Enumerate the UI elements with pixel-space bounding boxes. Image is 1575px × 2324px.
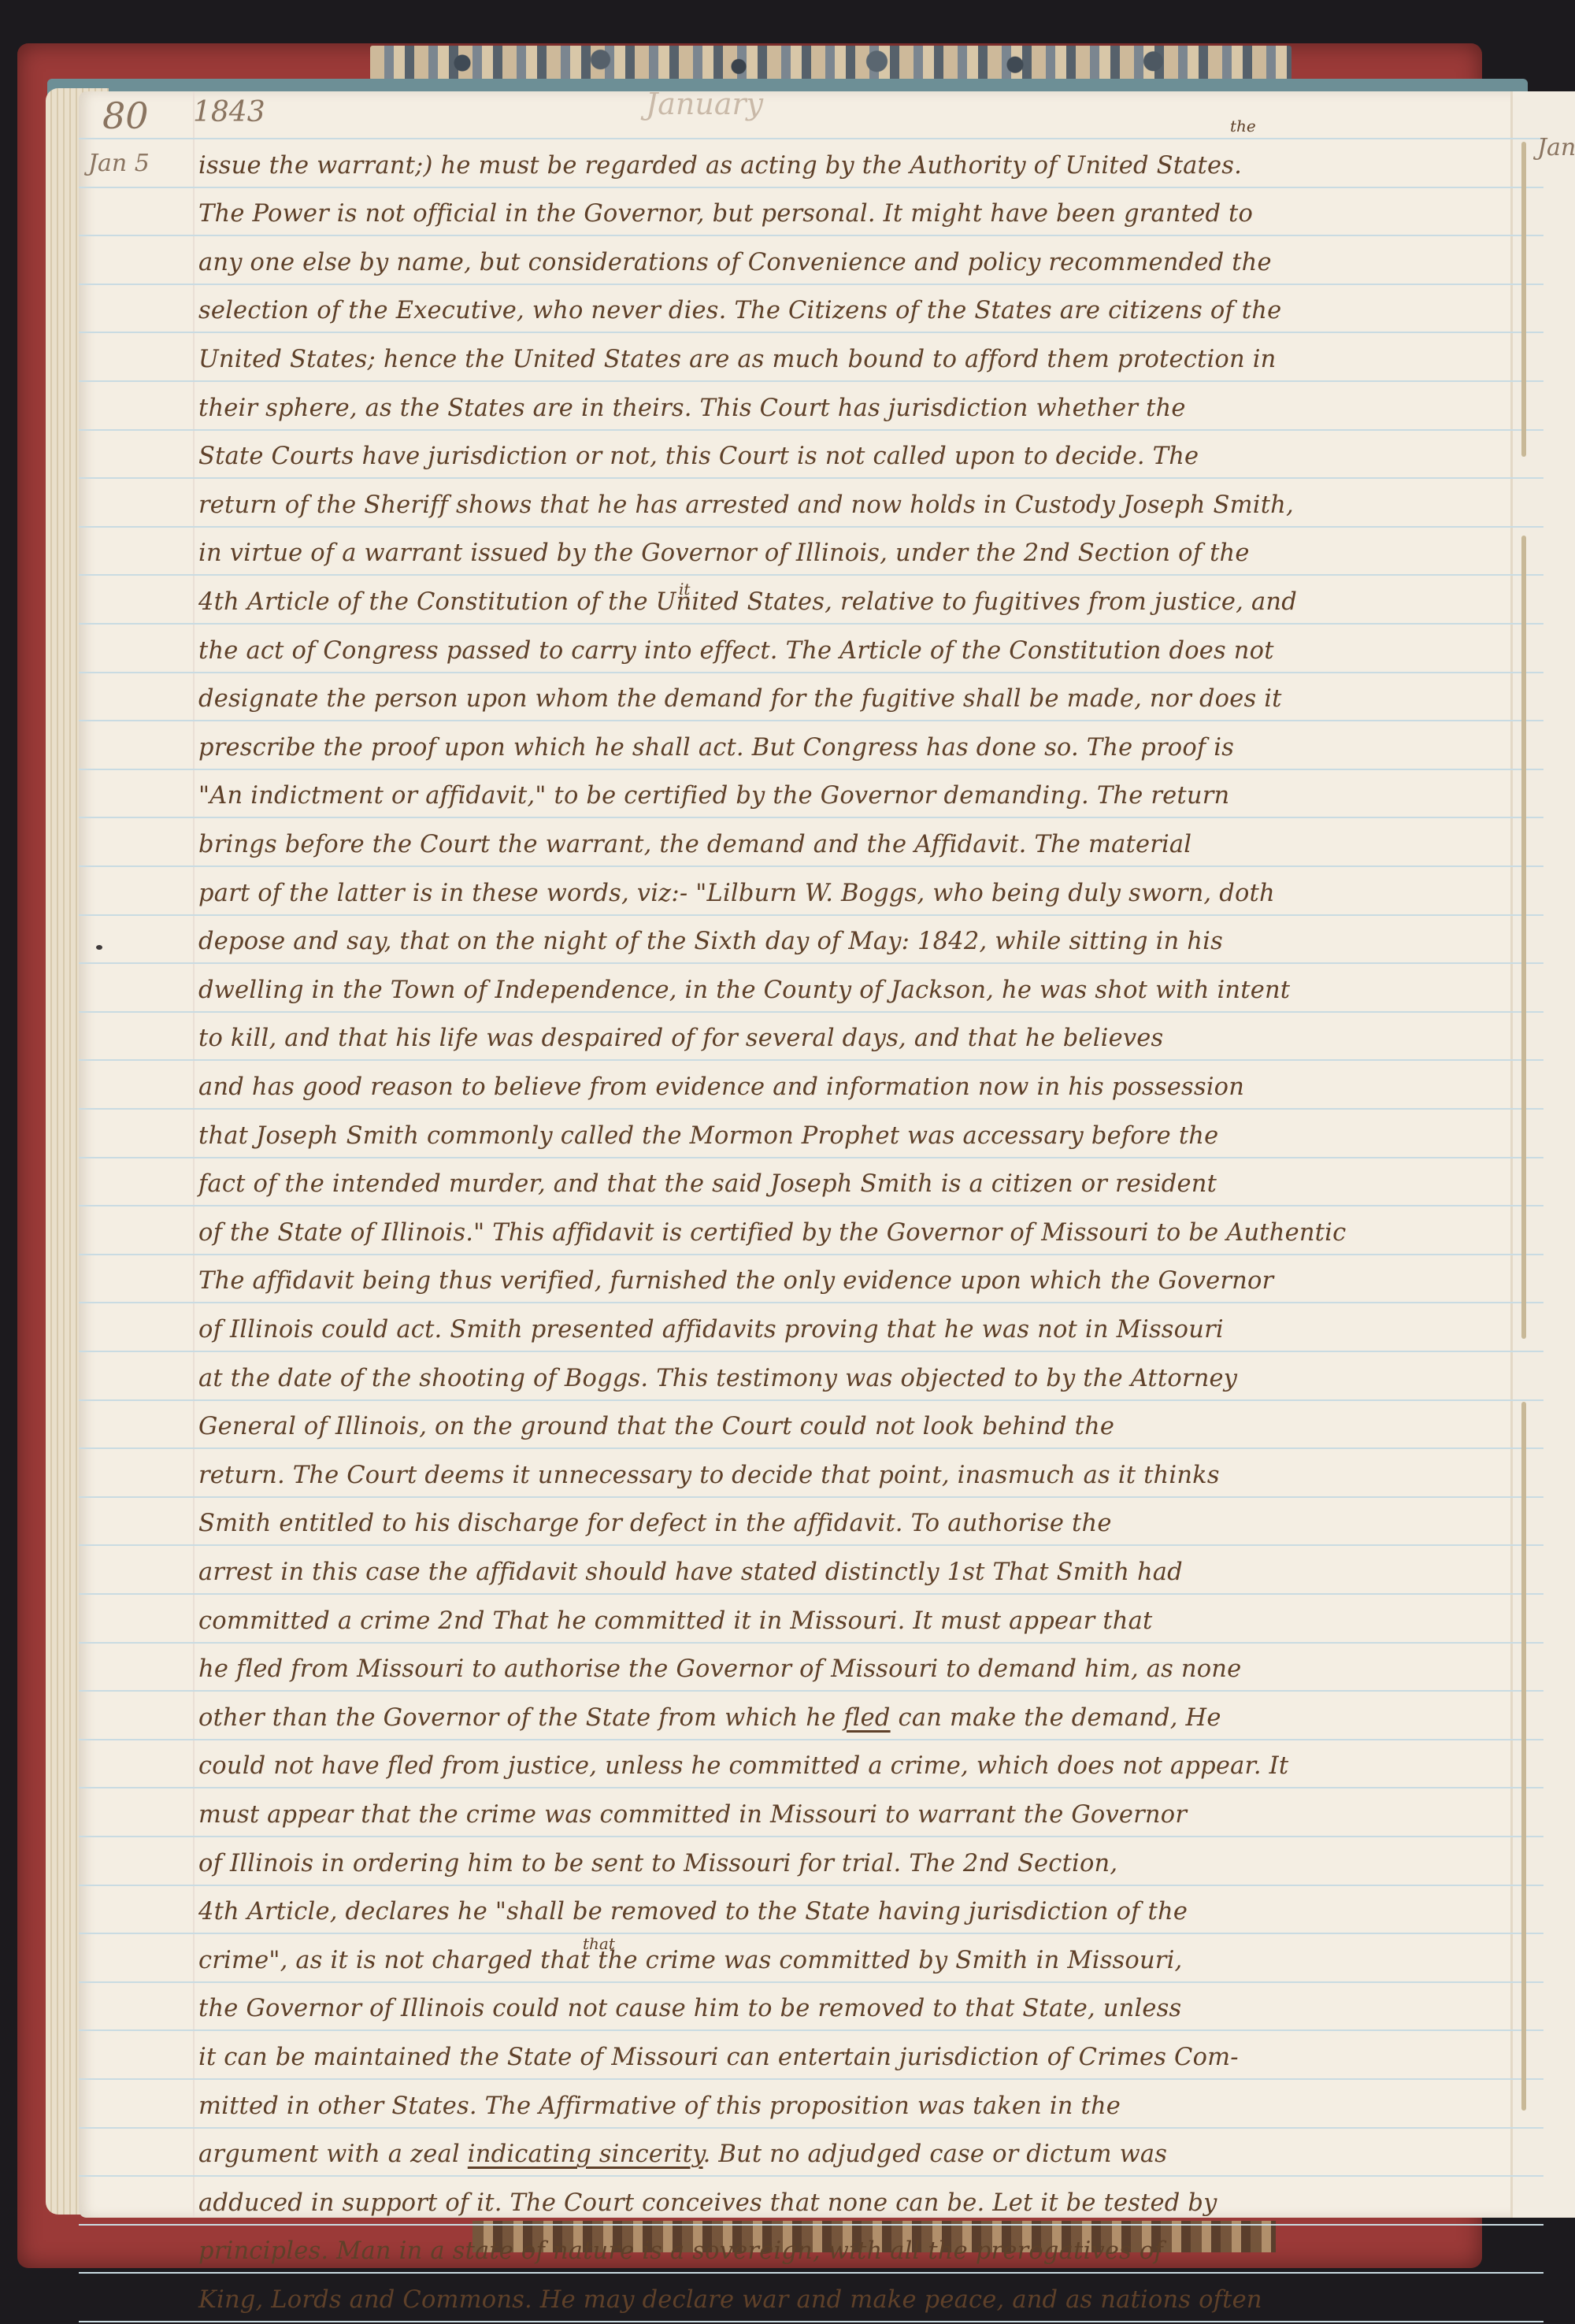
year: 1843 — [193, 96, 265, 128]
rule-line — [79, 380, 1543, 382]
manuscript-line: return of the Sheriff shows that he has … — [198, 491, 1294, 519]
manuscript-line: 4th Article of the Constitution of the U… — [198, 588, 1297, 616]
rule-line — [79, 865, 1543, 867]
manuscript-line: of Illinois in ordering him to be sent t… — [198, 1850, 1117, 1877]
rule-line — [79, 1690, 1543, 1692]
rule-line — [79, 914, 1543, 916]
manuscript-line: must appear that the crime was committed… — [198, 1801, 1187, 1829]
manuscript-line: dwelling in the Town of Independence, in… — [198, 977, 1290, 1004]
insertion-the: the — [1230, 117, 1256, 135]
rule-line — [79, 720, 1543, 721]
insertion-that: that — [583, 1934, 615, 1953]
rule-line — [79, 1254, 1543, 1255]
manuscript-line: argument with a zeal indicating sincerit… — [198, 2141, 1167, 2168]
ink-blot — [96, 945, 102, 950]
manuscript-line: it can be maintained the State of Missou… — [198, 2044, 1239, 2071]
rule-line — [79, 623, 1543, 625]
margin-line — [193, 91, 195, 2218]
facing-page-label: Jan — [1537, 134, 1575, 161]
manuscript-line: The Power is not official in the Governo… — [198, 200, 1253, 228]
rule-line — [79, 1399, 1543, 1401]
rule-line — [79, 1593, 1543, 1595]
rule-line — [79, 1447, 1543, 1449]
manuscript-line: The affidavit being thus verified, furni… — [198, 1267, 1273, 1295]
manuscript-line: General of Illinois, on the ground that … — [198, 1413, 1114, 1440]
manuscript-line: the act of Congress passed to carry into… — [198, 637, 1274, 665]
manuscript-line: arrest in this case the affidavit should… — [198, 1559, 1183, 1586]
rule-line — [79, 2272, 1543, 2274]
manuscript-line: adduced in support of it. The Court conc… — [198, 2189, 1217, 2217]
rule-line — [79, 138, 1543, 139]
rule-line — [79, 2321, 1543, 2322]
rule-line — [79, 1885, 1543, 1886]
entry-date: Jan 5 — [88, 150, 150, 177]
insertion-it: it — [679, 580, 690, 599]
rule-line — [79, 1011, 1543, 1013]
rule-line — [79, 2127, 1543, 2129]
rule-line — [79, 1108, 1543, 1110]
binding-thread — [1521, 536, 1526, 1339]
rule-line — [79, 284, 1543, 285]
manuscript-line: could not have fled from justice, unless… — [198, 1752, 1288, 1780]
manuscript-line: mitted in other States. The Affirmative … — [198, 2092, 1121, 2120]
rule-line — [79, 2078, 1543, 2080]
manuscript-line: designate the person upon whom the deman… — [198, 685, 1282, 713]
rule-line — [79, 1642, 1543, 1644]
rule-line — [79, 574, 1543, 576]
manuscript-line: their sphere, as the States are in their… — [198, 395, 1186, 422]
page-number: 80 — [102, 95, 149, 137]
manuscript-line: Smith entitled to his discharge for defe… — [198, 1510, 1112, 1537]
rule-line — [79, 1157, 1543, 1158]
rule-line — [79, 1496, 1543, 1498]
rule-line — [79, 477, 1543, 479]
manuscript-line: United States; hence the United States a… — [198, 346, 1277, 373]
manuscript-line: 4th Article, declares he "shall be remov… — [198, 1898, 1188, 1926]
rule-line — [79, 526, 1543, 528]
marbled-edge-top — [370, 46, 1291, 80]
binding-thread — [1521, 142, 1526, 457]
binding-thread — [1521, 1402, 1526, 2111]
rule-line — [79, 1544, 1543, 1546]
manuscript-line: that Joseph Smith commonly called the Mo… — [198, 1122, 1218, 1150]
rule-line — [79, 1059, 1543, 1061]
rule-line — [79, 1933, 1543, 1934]
manuscript-line: in virtue of a warrant issued by the Gov… — [198, 539, 1250, 567]
manuscript-line: issue the warrant;) he must be regarded … — [198, 152, 1242, 180]
manuscript-line: at the date of the shooting of Boggs. Th… — [198, 1365, 1237, 1392]
manuscript-line: State Courts have jurisdiction or not, t… — [198, 443, 1199, 470]
rule-line — [79, 2224, 1543, 2226]
manuscript-line: return. The Court deems it unnecessary t… — [198, 1462, 1220, 1489]
manuscript-line: prescribe the proof upon which he shall … — [198, 734, 1234, 762]
manuscript-line: he fled from Missouri to authorise the G… — [198, 1655, 1241, 1683]
rule-line — [79, 2029, 1543, 2031]
rule-line — [79, 2175, 1543, 2177]
month-heading: January — [646, 87, 763, 121]
rule-line — [79, 1836, 1543, 1837]
rule-line — [79, 1981, 1543, 1983]
rule-line — [79, 187, 1543, 188]
manuscript-line: and has good reason to believe from evid… — [198, 1073, 1244, 1101]
manuscript-line: part of the latter is in these words, vi… — [198, 880, 1275, 907]
rule-line — [79, 1787, 1543, 1788]
manuscript-line: crime", as it is not charged that the cr… — [198, 1947, 1182, 1974]
manuscript-line: to kill, and that his life was despaired… — [198, 1025, 1163, 1052]
manuscript-line: brings before the Court the warrant, the… — [198, 831, 1191, 858]
rule-line — [79, 769, 1543, 770]
rule-line — [79, 235, 1543, 236]
manuscript-line: any one else by name, but considerations… — [198, 249, 1272, 276]
manuscript-line: depose and say, that on the night of the… — [198, 928, 1223, 955]
rule-line — [79, 1302, 1543, 1303]
manuscript-line: of the State of Illinois." This affidavi… — [198, 1219, 1346, 1247]
manuscript-line: selection of the Executive, who never di… — [198, 297, 1281, 324]
rule-line — [79, 429, 1543, 431]
rule-line — [79, 817, 1543, 818]
manuscript-line: committed a crime 2nd That he committed … — [198, 1607, 1152, 1635]
manuscript-line: "An indictment or affidavit," to be cert… — [198, 782, 1229, 810]
rule-line — [79, 1739, 1543, 1740]
manuscript-line: King, Lords and Commons. He may declare … — [198, 2286, 1262, 2314]
manuscript-line: other than the Governor of the State fro… — [198, 1704, 1221, 1732]
manuscript-line: principles. Man in a state of nature is … — [198, 2237, 1163, 2265]
manuscript-line: of Illinois could act. Smith presented a… — [198, 1316, 1224, 1344]
rule-line — [79, 962, 1543, 964]
rule-line — [79, 332, 1543, 333]
gutter — [1510, 91, 1513, 2218]
rule-line — [79, 672, 1543, 673]
manuscript-line: fact of the intended murder, and that th… — [198, 1170, 1217, 1198]
rule-line — [79, 1351, 1543, 1352]
rule-line — [79, 1205, 1543, 1206]
manuscript-line: the Governor of Illinois could not cause… — [198, 1995, 1181, 2022]
